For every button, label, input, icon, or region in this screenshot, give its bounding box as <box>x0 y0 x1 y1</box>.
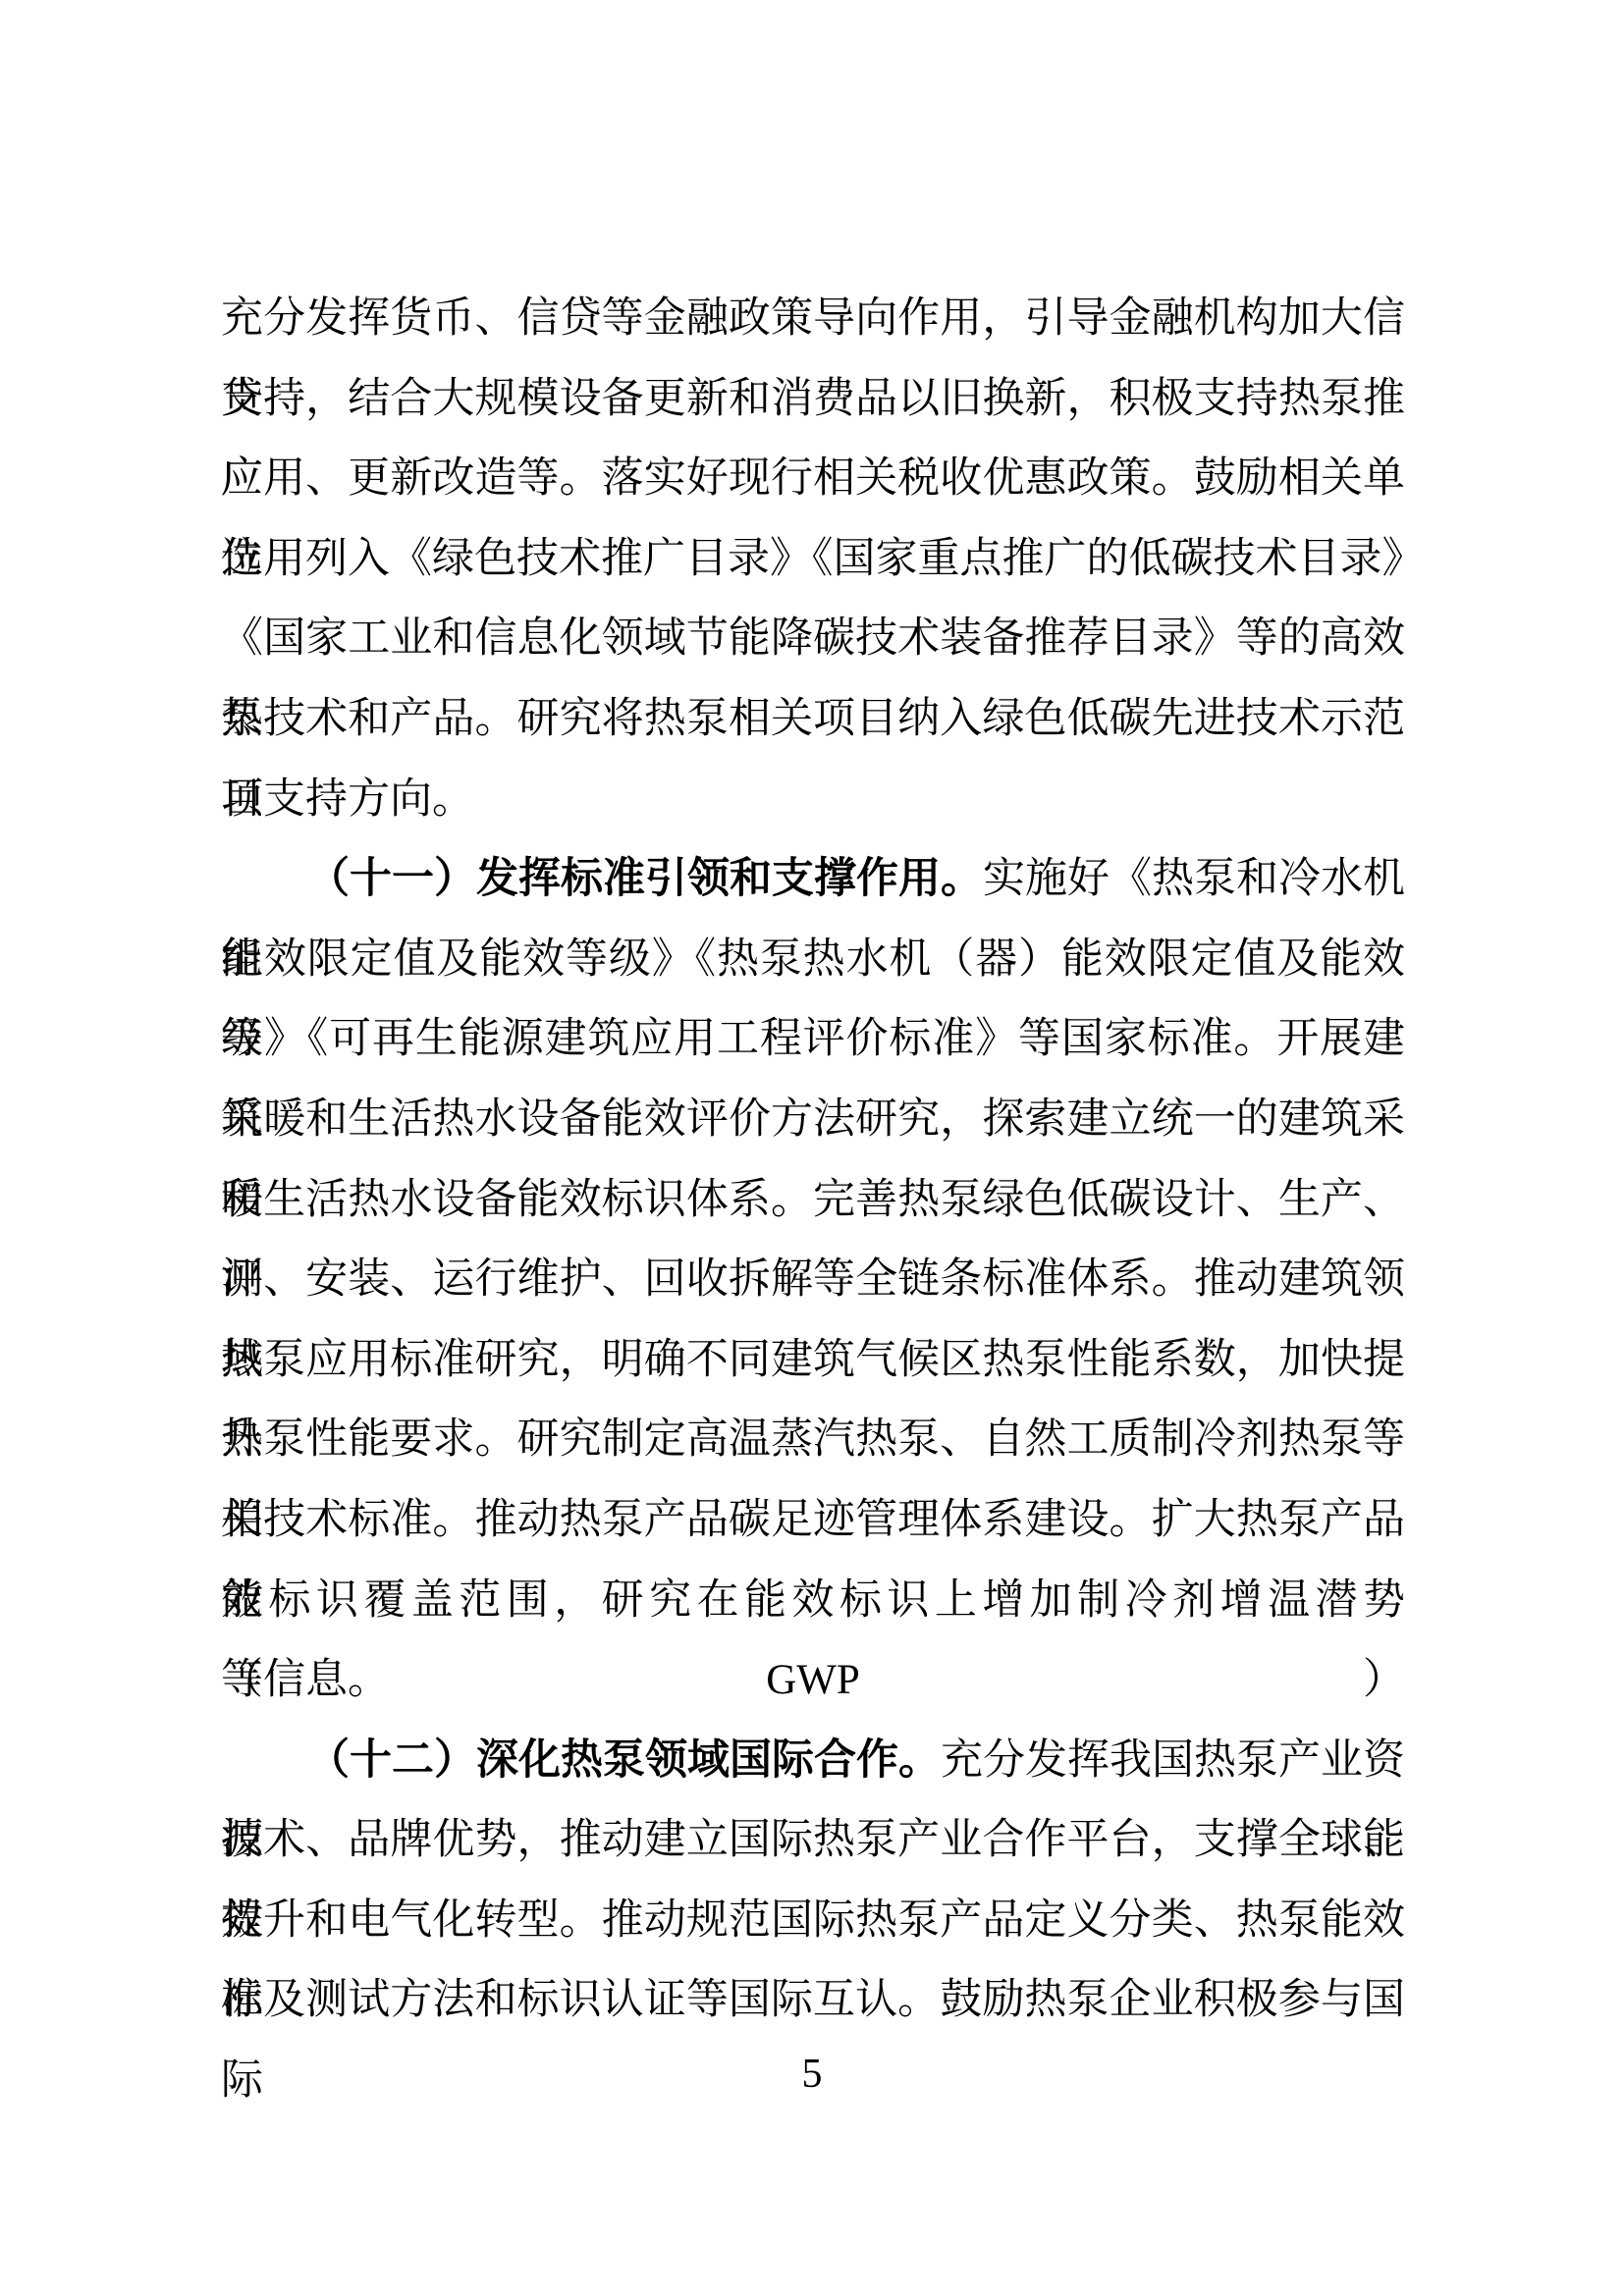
text-line: 提升和电气化转型。推动规范国际热泵产品定义分类、热泵能效标 <box>221 1881 1405 1961</box>
text-line: 技术、品牌优势，推动建立国际热泵产业合作平台，支撑全球能效 <box>221 1800 1405 1881</box>
text-line: 效标识覆盖范围，研究在能效标识上增加制冷剂增温潜势（GWP） <box>221 1561 1405 1641</box>
text-line: （十二）深化热泵领域国际合作。充分发挥我国热泵产业资源、 <box>221 1721 1405 1801</box>
text-line: 目支持方向。 <box>221 760 1405 840</box>
body-text: 效标识覆盖范围，研究在能效标识上增加制冷剂增温潜势（GWP） <box>221 1577 1405 1704</box>
document-page: 充分发挥货币、信贷等金融政策导向作用，引导金融机构加大信贷支持，结合大规模设备更… <box>0 0 1624 2296</box>
text-line: 采暖和生活热水设备能效评价方法研究，探索建立统一的建筑采暖 <box>221 1080 1405 1160</box>
section-heading: （十一）发挥标准引领和支撑作用。 <box>307 856 983 902</box>
text-line: 支持，结合大规模设备更新和消费品以旧换新，积极支持热泵推广 <box>221 359 1405 440</box>
text-line: 热泵应用标准研究，明确不同建筑气候区热泵性能系数，加快提升 <box>221 1320 1405 1401</box>
text-block: 充分发挥货币、信贷等金融政策导向作用，引导金融机构加大信贷支持，结合大规模设备更… <box>221 279 1405 2041</box>
text-line: 《国家工业和信息化领域节能降碳技术装备推荐目录》等的高效热 <box>221 599 1405 679</box>
text-line: 能效限定值及能效等级》《热泵热水机（器）能效限定值及能效等 <box>221 920 1405 1000</box>
body-text: 选用列入《绿色技术推广目录》《国家重点推广的低碳技术目录》 <box>221 536 1425 582</box>
text-line: （十一）发挥标准引领和支撑作用。实施好《热泵和冷水机组 <box>221 839 1405 920</box>
paragraph-fiscal-financial-support-continued: 充分发挥货币、信贷等金融政策导向作用，引导金融机构加大信贷支持，结合大规模设备更… <box>221 279 1405 839</box>
body-text: 目支持方向。 <box>221 776 474 823</box>
text-line: 应用、更新改造等。落实好现行相关税收优惠政策。鼓励相关单位 <box>221 439 1405 519</box>
section-heading: （十二）深化热泵领域国际合作。 <box>307 1737 941 1784</box>
text-line: 评、安装、运行维护、回收拆解等全链条标准体系。推动建筑领域 <box>221 1240 1405 1320</box>
text-line: 级》《可再生能源建筑应用工程评价标准》等国家标准。开展建筑 <box>221 999 1405 1080</box>
text-line: 选用列入《绿色技术推广目录》《国家重点推广的低碳技术目录》 <box>221 519 1405 600</box>
paragraph-11-standards-leading-support: （十一）发挥标准引领和支撑作用。实施好《热泵和冷水机组能效限定值及能效等级》《热… <box>221 839 1405 1721</box>
text-line: 关技术标准。推动热泵产品碳足迹管理体系建设。扩大热泵产品能 <box>221 1480 1405 1561</box>
text-line: 准及测试方法和标识认证等国际互认。鼓励热泵企业积极参与国际 <box>221 1960 1405 2041</box>
text-line: 泵技术和产品。研究将热泵相关项目纳入绿色低碳先进技术示范项 <box>221 679 1405 760</box>
page-number: 5 <box>0 2054 1624 2095</box>
text-line: 和生活热水设备能效标识体系。完善热泵绿色低碳设计、生产、测 <box>221 1160 1405 1241</box>
text-line: 充分发挥货币、信贷等金融政策导向作用，引导金融机构加大信贷 <box>221 279 1405 359</box>
paragraph-12-international-cooperation: （十二）深化热泵领域国际合作。充分发挥我国热泵产业资源、技术、品牌优势，推动建立… <box>221 1721 1405 2041</box>
body-text: 等信息。 <box>221 1657 390 1703</box>
text-line: 热泵性能要求。研究制定高温蒸汽热泵、自然工质制冷剂热泵等相 <box>221 1400 1405 1480</box>
